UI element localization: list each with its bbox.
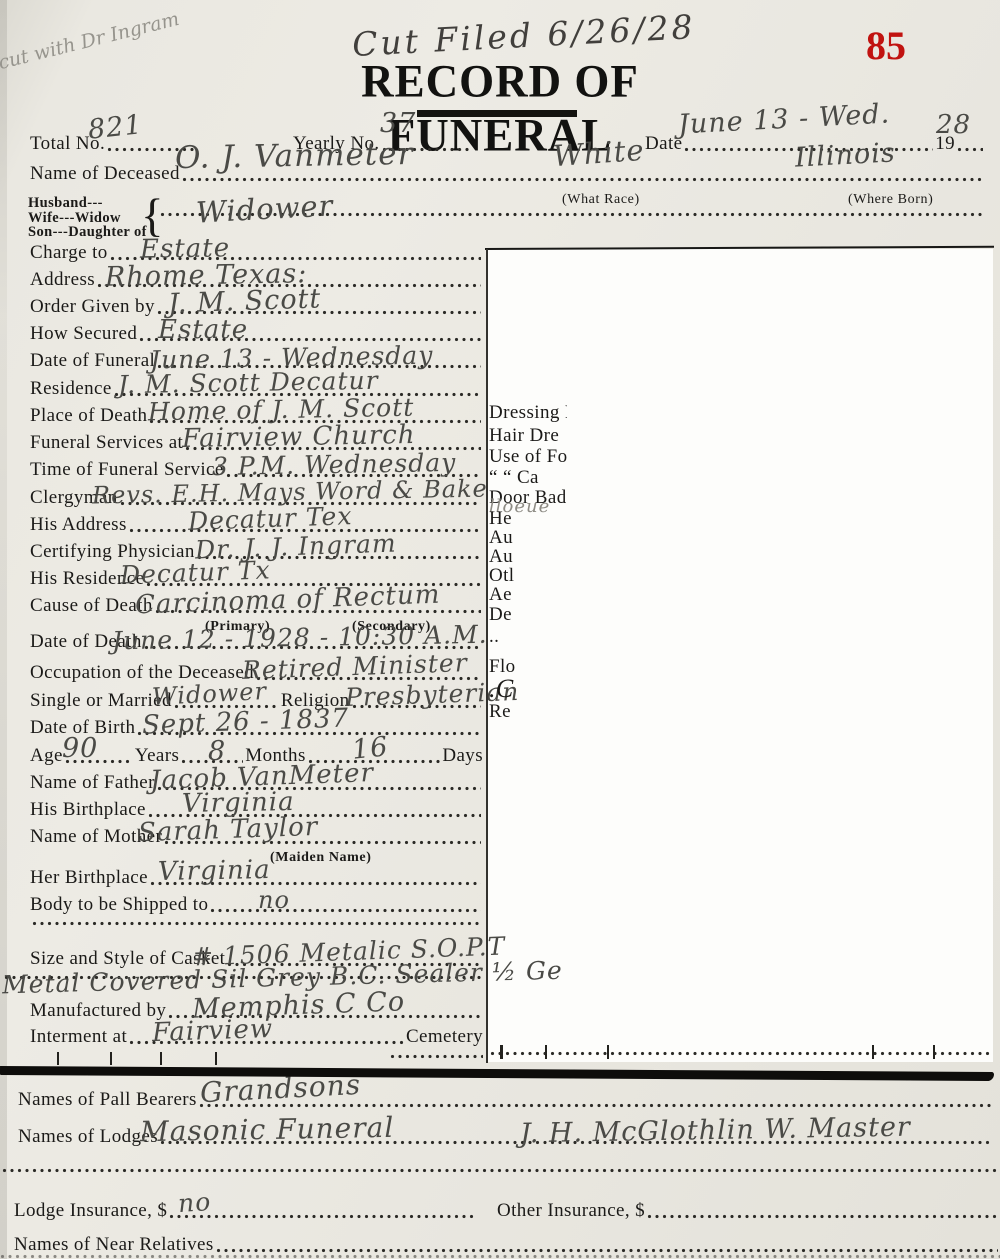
funeral-services-at-label: Funeral Services at [30, 432, 183, 454]
how-secured-label: How Secured [30, 323, 137, 345]
table-tick [500, 1045, 503, 1059]
overlay-fragment: Dressing F [489, 402, 567, 424]
cemetery-label: Cemetery [406, 1026, 483, 1048]
body-to-be-shipped-label: Body to be Shipped to [30, 894, 208, 916]
table-tick [215, 1052, 217, 1065]
other-insurance-label: Other Insurance, $ [497, 1200, 645, 1222]
days-label: Days [442, 745, 483, 767]
his-birthplace-label: His Birthplace [30, 799, 146, 821]
order-given-by-label: Order Given by [30, 296, 155, 318]
dotted-line [169, 1214, 476, 1219]
dotted-line [182, 177, 983, 182]
overlay-fragment: .. [489, 626, 515, 648]
interment-at-label: Interment at [30, 1026, 127, 1048]
name-label: Name of Deceased [30, 163, 180, 185]
title-underline [417, 110, 577, 117]
table-tick [110, 1052, 112, 1065]
how-secured-value: Estate [158, 315, 248, 345]
table-tick [545, 1045, 547, 1059]
address-label: Address [30, 269, 95, 291]
interment-at-value: Fairview [152, 1014, 274, 1048]
dotted-segment [0, 1254, 1000, 1259]
field-other-insurance: Other Insurance, $ [497, 1200, 1000, 1222]
single-or-married-label: Single or Married [30, 690, 172, 712]
overlay-fragment: “ “ Ca [489, 467, 567, 489]
column-divider-line [486, 249, 488, 1063]
her-birthplace-value: Virginia [158, 855, 271, 887]
lodge-insurance-label: Lodge Insurance, $ [14, 1200, 167, 1222]
pall-bearers-label: Names of Pall Bearers [18, 1089, 197, 1111]
relation-line3: Son---Daughter of [28, 225, 147, 240]
what-race-label: (What Race) [562, 192, 640, 208]
race-value: White [552, 133, 646, 173]
date-year-value: 28 [936, 110, 971, 140]
page-number: 85 [866, 22, 906, 69]
near-relatives-label: Names of Near Relatives [14, 1234, 214, 1256]
dotted-segment [390, 1054, 483, 1059]
dotted-segment [490, 1051, 993, 1056]
field-pall-bearers: Names of Pall Bearers [18, 1089, 993, 1111]
table-tick [160, 1052, 162, 1065]
overlay-fragment: .C [489, 674, 517, 704]
total-no-value: 821 [87, 109, 144, 146]
years-label: Years [135, 745, 179, 767]
field-body-to-be-shipped: Body to be Shipped to [30, 894, 483, 916]
section-divider-bar [0, 1066, 994, 1081]
field-lodge-insurance: Lodge Insurance, $ [14, 1200, 478, 1222]
place-of-death-label: Place of Death [30, 405, 147, 427]
charge-to-label: Charge to [30, 242, 108, 264]
overlay-fragment: Ae [489, 584, 515, 606]
table-tick [57, 1052, 59, 1065]
residence-label: Residence [30, 378, 112, 400]
manufactured-by-label: Manufactured by [30, 1000, 166, 1022]
date-label: Date [645, 133, 682, 155]
overlay-fragment: De [489, 604, 515, 626]
dotted-line [216, 1248, 998, 1253]
dotted-line [2, 1168, 998, 1173]
relation-line2: Wife---Widow [28, 211, 147, 226]
relation-value: Widower [195, 188, 334, 229]
name-value: O. J. Vanmeter [175, 136, 414, 176]
empty-dotted-row [30, 921, 483, 929]
his-address-label: His Address [30, 514, 127, 536]
dotted-line [957, 147, 983, 152]
table-tick [872, 1045, 874, 1059]
age-years-value: 90 [62, 733, 98, 764]
name-of-mother-value: Sarah Taylor [138, 812, 319, 848]
field-near-relatives: Names of Near Relatives [14, 1234, 1000, 1256]
relation-line1: Husband--- [28, 196, 147, 211]
pencil-note: cut with Dr Ingram [0, 8, 181, 74]
lodges-label: Names of Lodges [18, 1126, 158, 1148]
body-to-be-shipped-value: no [258, 886, 290, 914]
overlay-fragment: Hair Dre [489, 425, 567, 447]
born-value: Illinois [794, 137, 896, 173]
funeral-record-scan: cut with Dr Ingram Cut Filed 6/26/28 85 … [0, 0, 1000, 1259]
time-of-funeral-service-label: Time of Funeral Service [30, 459, 224, 481]
lodge-insurance-value: no [177, 1187, 212, 1218]
where-born-label: (Where Born) [848, 192, 933, 208]
date-of-funeral-label: Date of Funeral [30, 350, 155, 372]
dotted-line [210, 908, 481, 913]
overlay-fragment: Re [489, 701, 515, 723]
name-of-father-label: Name of Father [30, 772, 155, 794]
covering-sheet [487, 249, 993, 1062]
table-tick [607, 1045, 609, 1059]
dotted-line [32, 921, 481, 926]
yearly-no-value: 37 [380, 108, 416, 139]
age-label: Age [30, 745, 63, 767]
lodges-value: Masonic Funeral [140, 1111, 395, 1148]
overlay-fragment: Use of Fo [489, 446, 567, 468]
dotted-line [199, 1103, 991, 1108]
relation-labels: Husband--- Wife---Widow Son---Daughter o… [28, 196, 147, 240]
table-tick [933, 1045, 935, 1059]
empty-dotted-row [0, 1168, 1000, 1176]
her-birthplace-label: Her Birthplace [30, 867, 148, 889]
dotted-line [647, 1214, 998, 1219]
his-residence-value: Decatur Tx [120, 555, 271, 589]
maiden-name-label: (Maiden Name) [270, 850, 372, 866]
